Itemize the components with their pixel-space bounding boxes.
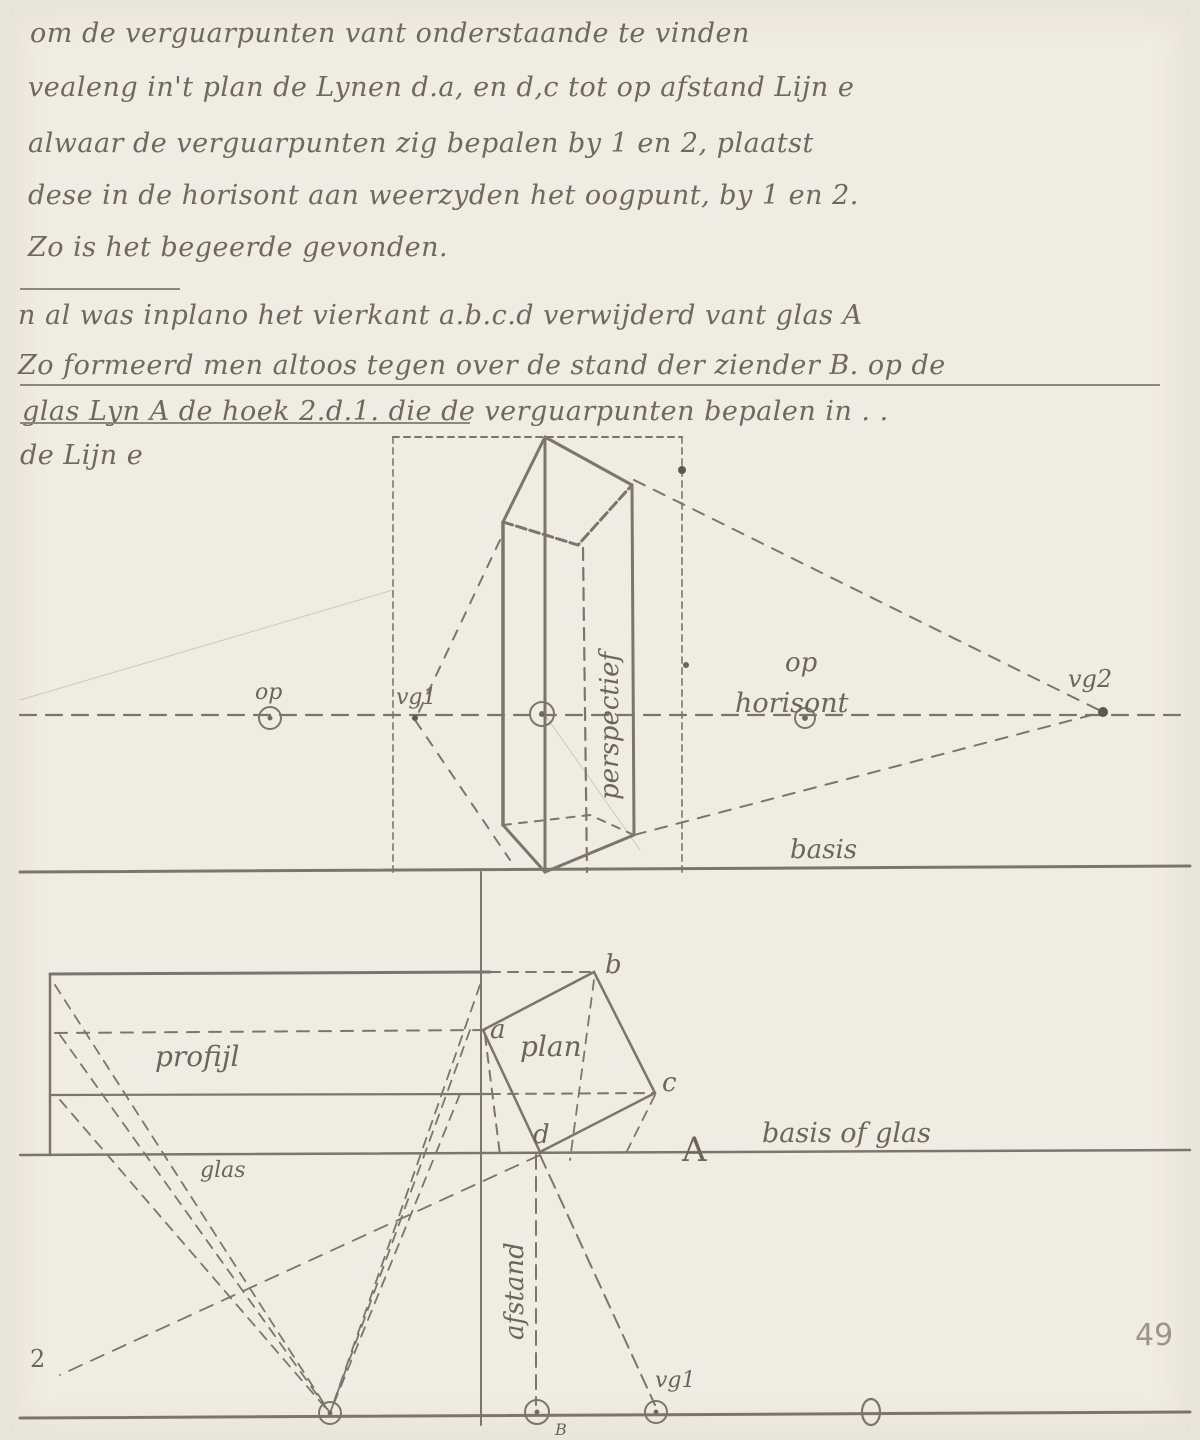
page-number: 49 xyxy=(1135,1318,1173,1353)
faint-construction-line-2 xyxy=(545,715,640,850)
point-2-label: 2 xyxy=(30,1345,45,1373)
corner-a-label: a xyxy=(490,1015,506,1045)
d-to-point-2-line xyxy=(60,1155,540,1375)
profile-top-line xyxy=(50,972,490,974)
vg1-point xyxy=(412,715,418,721)
faint-construction-line-1 xyxy=(20,590,393,700)
point-b-label: B xyxy=(555,1420,567,1439)
fan-line-4 xyxy=(330,985,480,1413)
plan-b-drop xyxy=(570,980,594,1160)
base-or-glass-label: basis of glas xyxy=(762,1118,931,1149)
prism-top-back-edges xyxy=(503,485,632,545)
ink-spot-2 xyxy=(683,662,689,668)
bottom-station-point-dot xyxy=(328,1411,332,1415)
vg2-lower-construction-line xyxy=(634,712,1103,835)
plan-mid-projection xyxy=(490,1093,655,1094)
distance-label: afstand xyxy=(500,1242,530,1340)
fan-line-5 xyxy=(330,1030,470,1413)
perspective-label: perspectief xyxy=(595,652,625,800)
vg2-label: vg2 xyxy=(1068,665,1112,693)
corner-d-label: d xyxy=(533,1120,550,1150)
vg1-bottom-label: vg1 xyxy=(655,1368,696,1393)
profile-middle-line xyxy=(50,1094,490,1095)
e-line-marker xyxy=(862,1399,880,1425)
fan-line-6 xyxy=(330,1094,460,1413)
glass-base-line xyxy=(20,1150,1190,1155)
prism-top-left-edge xyxy=(503,437,545,522)
eye-point-left-dot xyxy=(268,716,272,720)
profile-label: profijl xyxy=(155,1040,239,1073)
d-to-vg1-line xyxy=(540,1155,655,1405)
prism-right-edge xyxy=(632,485,634,835)
vg1-bottom-dot xyxy=(654,1410,658,1414)
plan-c-drop xyxy=(625,1095,655,1155)
prism-bottom-left-edge xyxy=(503,825,545,872)
glass-line-a-label: A xyxy=(682,1130,707,1170)
bottom-line xyxy=(20,1412,1190,1418)
glass-label: glas xyxy=(200,1158,246,1183)
prism-bottom-right-edge xyxy=(545,835,634,872)
base-label: basis xyxy=(790,835,857,865)
ink-spot-1 xyxy=(678,466,686,474)
profile-dashed-line xyxy=(55,1030,485,1033)
center-point-dot xyxy=(540,712,545,717)
base-line xyxy=(20,866,1190,872)
eye-point-right-label: op xyxy=(785,648,817,678)
prism-top-right-edge xyxy=(545,437,632,485)
fan-line-3 xyxy=(60,1100,330,1413)
prism-hidden-base-edges xyxy=(503,815,634,835)
vg1-label: vg1 xyxy=(396,685,437,710)
eye-point-left-label: op xyxy=(255,680,282,705)
corner-b-label: b xyxy=(605,950,622,980)
plan-label: plan xyxy=(520,1030,582,1063)
eye-point-bottom-dot xyxy=(535,1410,539,1414)
vg2-point xyxy=(1098,707,1108,717)
corner-c-label: c xyxy=(662,1068,677,1098)
prism-hidden-edge xyxy=(583,548,587,872)
vg2-upper-construction-line xyxy=(634,480,1103,712)
horizon-label: horisont xyxy=(735,688,849,719)
